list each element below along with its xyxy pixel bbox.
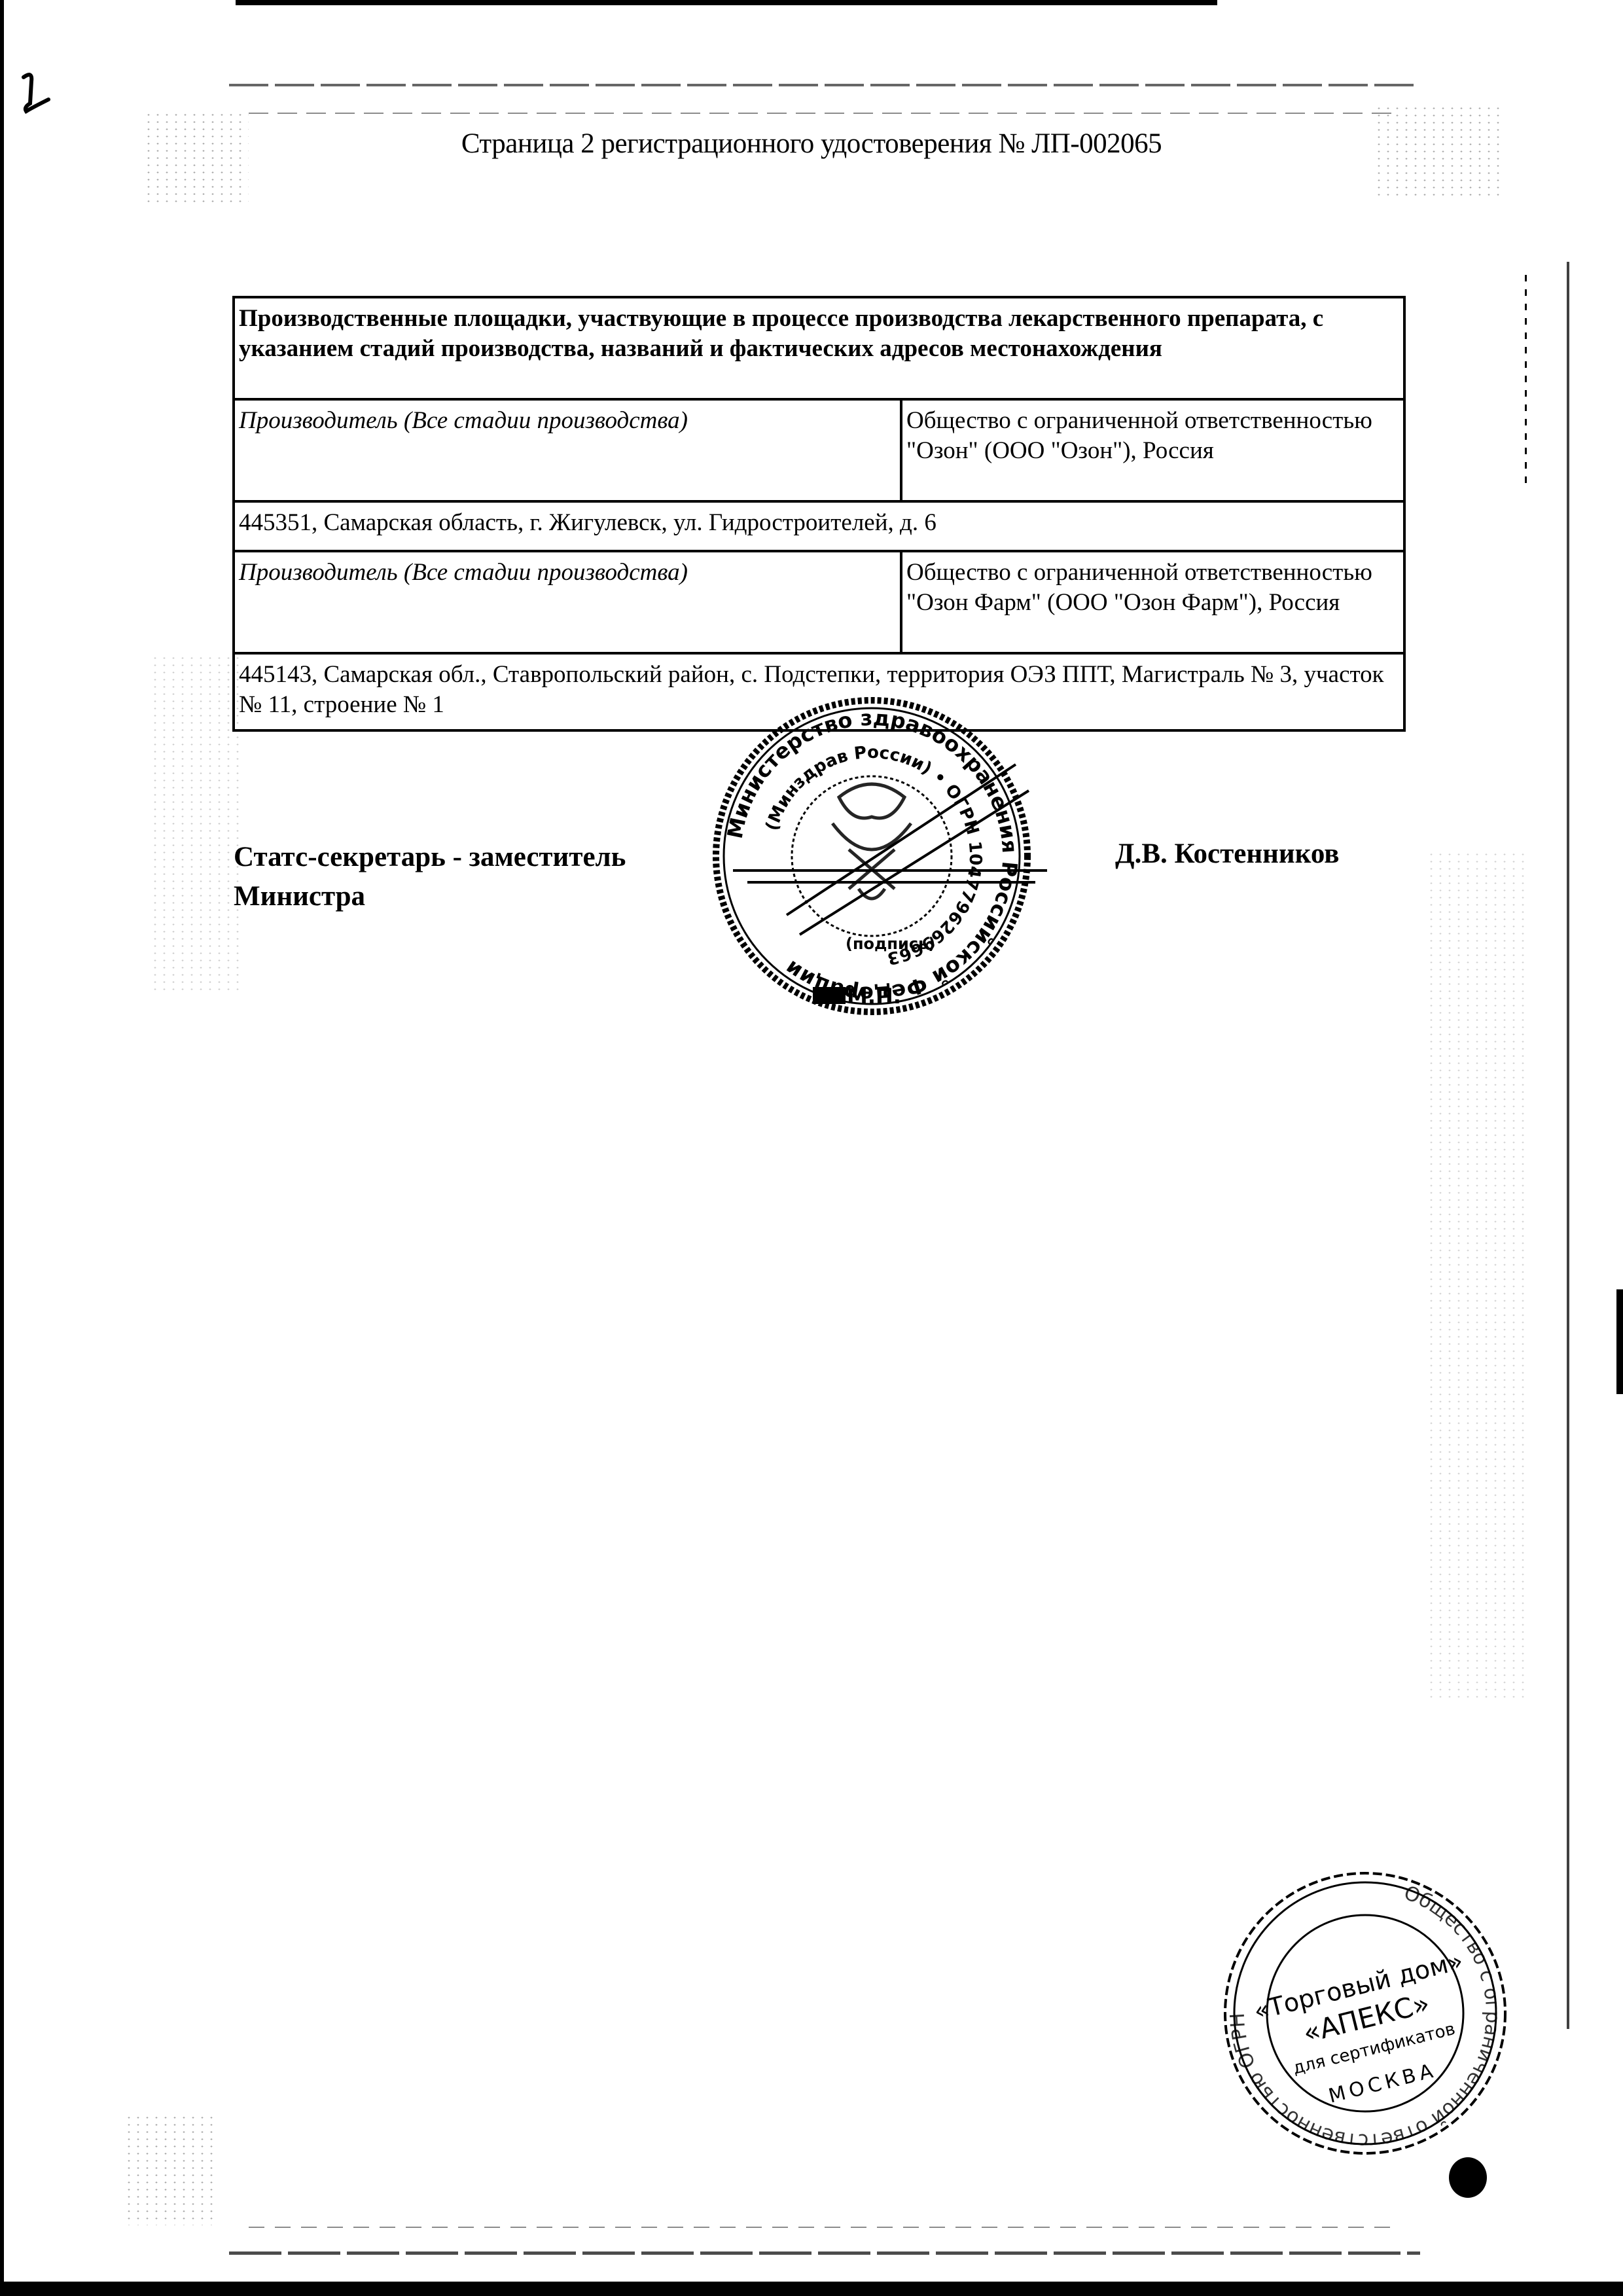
ornament-left [151,655,242,995]
table-row: Производитель (Все стадии производства) … [234,551,1404,653]
manufacturing-sites-table: Производственные площадки, участвующие в… [232,296,1406,732]
scan-edge-left [0,0,4,2296]
seal-icon: Министерство здравоохранения Российской … [708,692,1035,1020]
ornament-right [1427,851,1525,1702]
security-border-bottom-inner [249,2227,1400,2228]
manufacturer-address: 445351, Самарская область, г. Жигулевск,… [234,501,1404,551]
signatory-name: Д.В. Костенников [1115,838,1340,870]
security-border-right [1567,262,1569,2029]
signatory-position-line2: Министра [234,877,626,916]
handwritten-page-mark [17,71,63,117]
svg-text:(подпись): (подпись) [846,935,935,953]
ministry-seal-stamp: Министерство здравоохранения Российской … [708,692,1035,1020]
table-row: 445351, Самарская область, г. Жигулевск,… [234,501,1404,551]
svg-text:М.П.: М.П. [847,984,901,1009]
company-seal-stamp: Общество с ограниченной ответственностью… [1215,1863,1516,2164]
table-heading: Производственные площадки, участвующие в… [234,297,1404,399]
security-border-bottom [229,2251,1420,2255]
ornament-corner-bl [124,2114,216,2225]
page-header: Страница 2 регистрационного удостоверени… [0,128,1623,160]
signatory-position: Статс-секретарь - заместитель Министра [234,838,626,916]
scan-edge-bottom [0,2282,1623,2296]
manufacturer-role: Производитель (Все стадии производства) [234,551,901,653]
table-row: Производитель (Все стадии производства) … [234,399,1404,501]
security-border-top [229,84,1420,86]
security-border-top-inner [249,113,1400,114]
ink-blot [1449,2157,1487,2198]
manufacturer-organization: Общество с ограниченной ответственностью… [901,399,1404,501]
table-heading-row: Производственные площадки, участвующие в… [234,297,1404,399]
security-border-dashes [1525,275,1527,484]
signatory-position-line1: Статс-секретарь - заместитель [234,838,626,877]
manufacturer-organization: Общество с ограниченной ответственностью… [901,551,1404,653]
seal-icon: Общество с ограниченной ответственностью… [1215,1863,1516,2164]
scan-edge-right [1616,1289,1623,1394]
scan-edge-top [236,0,1217,5]
manufacturer-role: Производитель (Все стадии производства) [234,399,901,501]
